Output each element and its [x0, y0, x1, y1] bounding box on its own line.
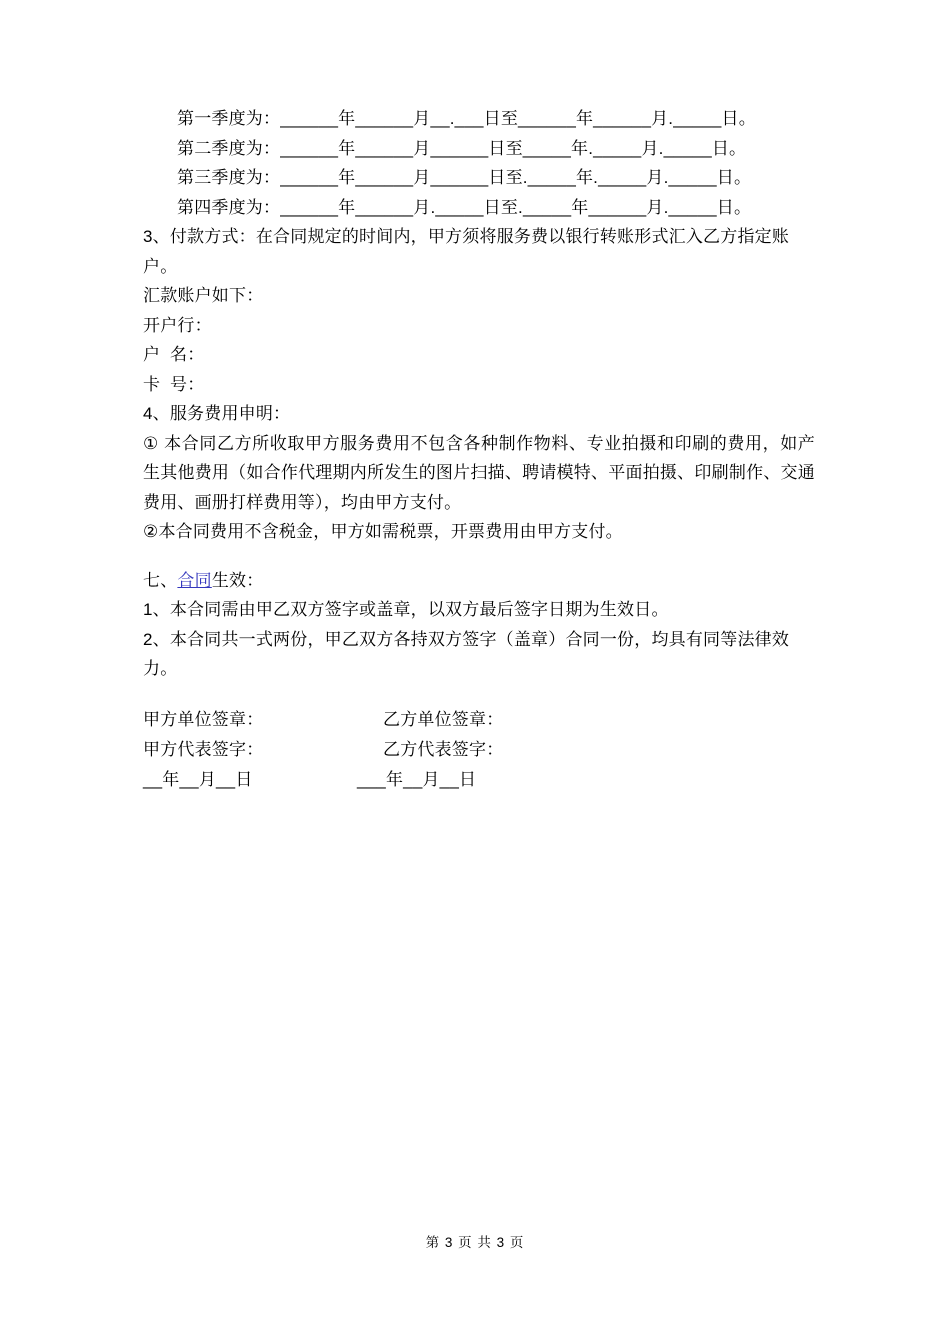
section-7-item-1: 1、本合同需由甲乙双方签字或盖章，以双方最后签字日期为生效日。 [143, 595, 815, 625]
card-number-line: 卡 号： [143, 370, 815, 400]
quarter-2-line: 第二季度为：______年______月______日至_____年._____… [143, 134, 815, 164]
signature-block: 甲方单位签章：乙方单位签章： 甲方代表签字：乙方代表签字： __年__月__日_… [143, 705, 815, 795]
bank-name-line: 开户行： [143, 311, 815, 341]
section-7-suffix: 生效： [212, 571, 264, 590]
service-fee-item-2: ②本合同费用不含税金，甲方如需税票，开票费用由甲方支付。 [143, 517, 815, 547]
remit-account-intro: 汇款账户如下： [143, 281, 815, 311]
party-b-sign-label: 乙方代表签字： [383, 740, 503, 759]
seal-row: 甲方单位签章：乙方单位签章： [143, 705, 815, 735]
section-7-item-2: 2、本合同共一式两份，甲乙双方各持双方签字（盖章）合同一份，均具有同等法律效力。 [143, 625, 815, 684]
page-number-footer: 第 3 页 共 3 页 [0, 1231, 950, 1251]
clause-4-service-fee-heading: 4、服务费用申明： [143, 399, 815, 429]
sign-row: 甲方代表签字：乙方代表签字： [143, 735, 815, 765]
quarter-3-line: 第三季度为：______年______月______日至._____年.____… [143, 163, 815, 193]
quarter-4-line: 第四季度为：______年______月._____日至._____年_____… [143, 193, 815, 223]
quarter-1-line: 第一季度为：______年______月__.___日至______年_____… [143, 104, 815, 134]
account-name-line: 户 名： [143, 340, 815, 370]
date-row: __年__月__日___年__月__日 [143, 765, 815, 795]
document-body: 第一季度为：______年______月__.___日至______年_____… [143, 104, 815, 795]
party-b-seal-label: 乙方单位签章： [383, 710, 503, 729]
party-b-date-line: ___年__月__日 [357, 770, 476, 789]
section-7-prefix: 七、 [143, 571, 177, 590]
clause-3-payment-method: 3、付款方式：在合同规定的时间内，甲方须将服务费以银行转账形式汇入乙方指定账户。 [143, 222, 815, 281]
contract-document-page: 第一季度为：______年______月__.___日至______年_____… [0, 0, 950, 1344]
party-a-date-line: __年__月__日 [143, 765, 357, 795]
section-7-heading: 七、合同生效： [143, 566, 815, 596]
party-a-sign-label: 甲方代表签字： [143, 735, 383, 765]
service-fee-item-1: ① 本合同乙方所收取甲方服务费用不包含各种制作物料、专业拍摄和印刷的费用，如产生… [143, 429, 815, 518]
contract-hyperlink[interactable]: 合同 [177, 571, 211, 590]
party-a-seal-label: 甲方单位签章： [143, 705, 383, 735]
